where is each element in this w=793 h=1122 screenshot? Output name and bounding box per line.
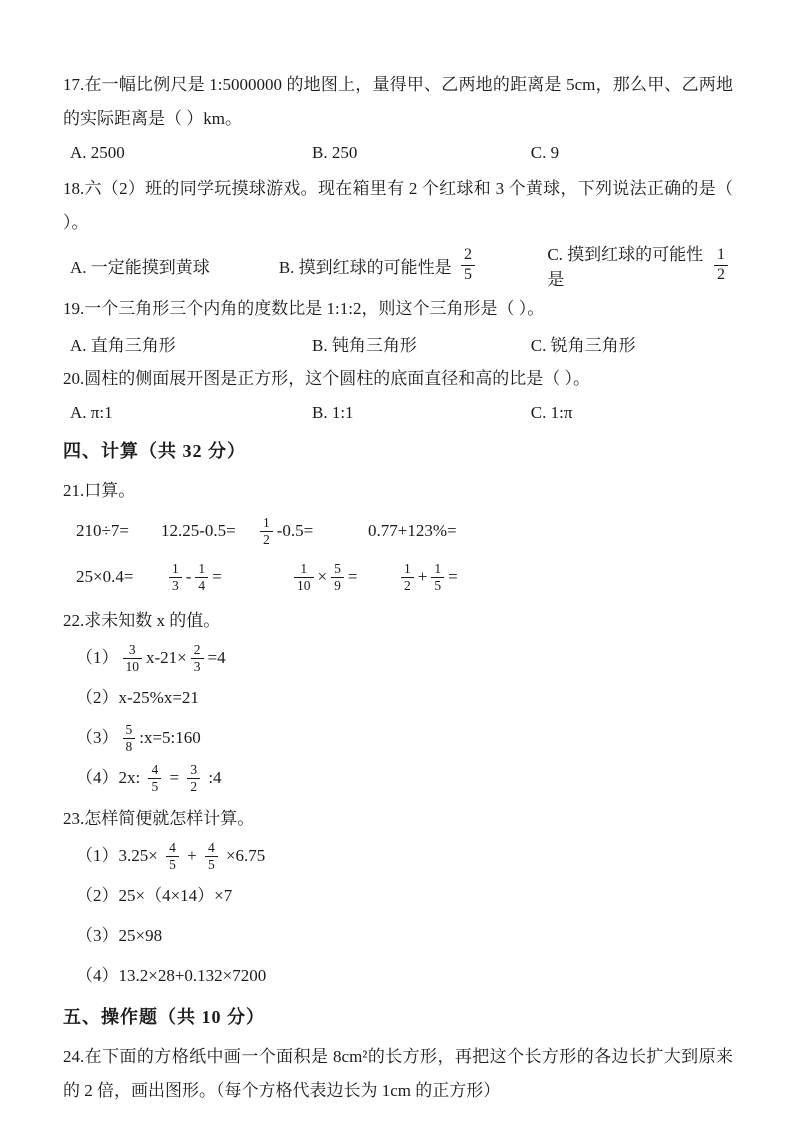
text-run: B. 摸到红球的可能性是 [279,253,456,278]
fraction: 59 [331,561,344,593]
text-run: + [418,567,428,587]
fraction-denominator: 5 [205,856,218,873]
option-b: B. 1:1 [312,403,531,423]
q21-row2: 25×0.4=13-14=110×59=12+15= [63,554,733,600]
fraction: 23 [191,642,204,674]
option-a: A. π:1 [70,403,312,423]
text-run: - [186,567,192,587]
text-run: :x=5:160 [139,727,201,749]
option-a: A. 一定能摸到黄球 [70,253,279,278]
text-run: （4）13.2×28+0.132×7200 [76,965,266,987]
fraction-numerator: 2 [461,246,475,264]
text-run: （1）3.25× [76,845,162,867]
fraction-denominator: 10 [294,577,314,594]
text-run: × [318,567,328,587]
text-run: A. 直角三角形 [70,331,176,356]
fraction: 15 [431,561,444,593]
option-b: B. 钝角三角形 [312,331,531,356]
text-run: B. 250 [312,143,357,163]
subitem-q22-3: （3）58:x=5:160 [63,718,733,758]
fraction-numerator: 1 [195,561,208,577]
option-c: C. 锐角三角形 [531,331,733,356]
question-q24: 24.在下面的方格纸中画一个面积是 8cm²的长方形，再把这个长方形的各边长扩大… [63,1040,733,1108]
expression: 110×59= [290,561,397,593]
fraction: 12 [260,515,273,547]
fraction: 12 [714,246,728,284]
fraction: 310 [123,642,143,674]
expression: 13-14= [165,561,290,593]
text-run: （3）25×98 [76,925,162,947]
fraction-denominator: 5 [461,265,475,284]
text-run: :4 [204,767,221,789]
fraction: 110 [294,561,314,593]
fraction-numerator: 2 [191,642,204,658]
text-run: （4）2x: [76,767,144,789]
fraction: 45 [166,840,179,872]
text-run: = [448,567,458,587]
question-text: 18.六（2）班的同学玩摸球游戏。现在箱里有 2 个红球和 3 个黄球，下列说法… [63,172,733,240]
text-run: B. 钝角三角形 [312,331,417,356]
text-run: （3） [76,727,119,749]
expression: 12-0.5= [256,515,368,547]
fraction-denominator: 5 [431,577,444,594]
fraction-denominator: 8 [123,738,136,755]
fraction-numerator: 4 [166,840,179,856]
text-run: = [165,767,183,789]
text-run: 25×0.4= [76,567,133,587]
q23-title: 23.怎样简便就怎样计算。 [63,802,733,836]
text-run: （1） [76,647,119,669]
fraction-denominator: 2 [714,265,728,284]
expression: 25×0.4= [76,567,165,587]
text-run: ×6.75 [222,845,266,867]
subitem-q22-1: （1）310x-21×23=4 [63,638,733,678]
fraction: 32 [187,762,200,794]
fraction-numerator: 1 [714,246,728,264]
text-run: + [183,845,201,867]
fraction-numerator: 4 [205,840,218,856]
fraction: 45 [205,840,218,872]
option-a: A. 直角三角形 [70,331,312,356]
option-b: B. 摸到红球的可能性是 25 [279,246,548,284]
fraction-numerator: 1 [431,561,444,577]
subitem-q22-2: （2）x-25%x=21 [63,678,733,718]
fraction-denominator: 9 [331,577,344,594]
question-text: 20.圆柱的侧面展开图是正方形，这个圆柱的底面直径和高的比是（ ）。 [63,362,733,396]
fraction-numerator: 1 [297,561,310,577]
option-b: B. 250 [312,143,531,163]
fraction-numerator: 3 [187,762,200,778]
expression: 12.25-0.5= [161,521,256,541]
option-c: C. 9 [531,143,733,163]
text-run: -0.5= [277,521,314,541]
expression: 0.77+123%= [368,521,733,541]
text-run: A. π:1 [70,403,113,423]
document-page: 17.在一幅比例尺是 1:5000000 的地图上，量得甲、乙两地的距离是 5c… [0,0,793,1122]
text-run: = [212,567,222,587]
question-text: 19.一个三角形三个内角的度数比是 1:1:2，则这个三角形是（ ）。 [63,292,733,326]
text-run: =4 [208,647,226,669]
options-row: A. 直角三角形B. 钝角三角形C. 锐角三角形 [63,326,733,360]
text-run: C. 1:π [531,403,573,423]
option-c: C. 摸到红球的可能性是 12 [547,240,733,290]
fraction-denominator: 2 [187,778,200,795]
fraction-numerator: 1 [401,561,414,577]
fraction: 25 [461,246,475,284]
question-q17: 17.在一幅比例尺是 1:5000000 的地图上，量得甲、乙两地的距离是 5c… [63,68,733,170]
text-run: x-21× [146,647,187,669]
subitem-q22-4: （4）2x: 45 = 32 :4 [63,758,733,798]
fraction: 45 [148,762,161,794]
text-run: C. 摸到红球的可能性是 [547,240,709,290]
text-run: A. 一定能摸到黄球 [70,253,210,278]
text-run: （2）25×（4×14）×7 [76,885,232,907]
fraction-denominator: 2 [401,577,414,594]
fraction-denominator: 4 [195,577,208,594]
fraction-numerator: 5 [331,561,344,577]
subitem-q23-1: （1）3.25× 45 + 45 ×6.75 [63,836,733,876]
fraction-denominator: 3 [169,577,182,594]
question-q19: 19.一个三角形三个内角的度数比是 1:1:2，则这个三角形是（ ）。A. 直角… [63,292,733,360]
fraction: 58 [123,722,136,754]
text-run: 0.77+123%= [368,521,457,541]
text-run: 210÷7= [76,521,129,541]
fraction: 13 [169,561,182,593]
text-run: B. 1:1 [312,403,354,423]
text-run: A. 2500 [70,143,125,163]
fraction-denominator: 5 [166,856,179,873]
text-run: 12.25-0.5= [161,521,236,541]
fraction-denominator: 5 [148,778,161,795]
expression: 210÷7= [76,521,161,541]
subitem-q23-3: （3）25×98 [63,916,733,956]
fraction-denominator: 3 [191,658,204,675]
q21-row1: 210÷7=12.25-0.5=12-0.5=0.77+123%= [63,508,733,554]
fraction-numerator: 4 [148,762,161,778]
text-run: C. 锐角三角形 [531,331,636,356]
subitem-q23-4: （4）13.2×28+0.132×7200 [63,956,733,996]
question-q18: 18.六（2）班的同学玩摸球游戏。现在箱里有 2 个红球和 3 个黄球，下列说法… [63,172,733,290]
options-row: A. π:1B. 1:1C. 1:π [63,396,733,430]
text-run: C. 9 [531,143,559,163]
question-text: 17.在一幅比例尺是 1:5000000 的地图上，量得甲、乙两地的距离是 5c… [63,68,733,136]
options-row: A. 2500B. 250C. 9 [63,136,733,170]
fraction-denominator: 10 [123,658,143,675]
fraction: 14 [195,561,208,593]
section-heading-sec4: 四、计算（共 32 分） [63,438,733,464]
section-heading-sec5: 五、操作题（共 10 分） [63,1004,733,1030]
fraction-numerator: 5 [123,722,136,738]
fraction-denominator: 2 [260,531,273,548]
q21-title: 21.口算。 [63,474,733,508]
question-q20: 20.圆柱的侧面展开图是正方形，这个圆柱的底面直径和高的比是（ ）。A. π:1… [63,362,733,430]
fraction: 12 [401,561,414,593]
text-run: （2）x-25%x=21 [76,687,199,709]
subitem-q23-2: （2）25×（4×14）×7 [63,876,733,916]
options-row: A. 一定能摸到黄球B. 摸到红球的可能性是 25C. 摸到红球的可能性是 12 [63,240,733,290]
fraction-numerator: 1 [260,515,273,531]
option-c: C. 1:π [531,403,733,423]
fraction-numerator: 3 [126,642,139,658]
text-run: = [348,567,358,587]
option-a: A. 2500 [70,143,312,163]
expression: 12+15= [397,561,733,593]
q22-title: 22.求未知数 x 的值。 [63,604,733,638]
fraction-numerator: 1 [169,561,182,577]
